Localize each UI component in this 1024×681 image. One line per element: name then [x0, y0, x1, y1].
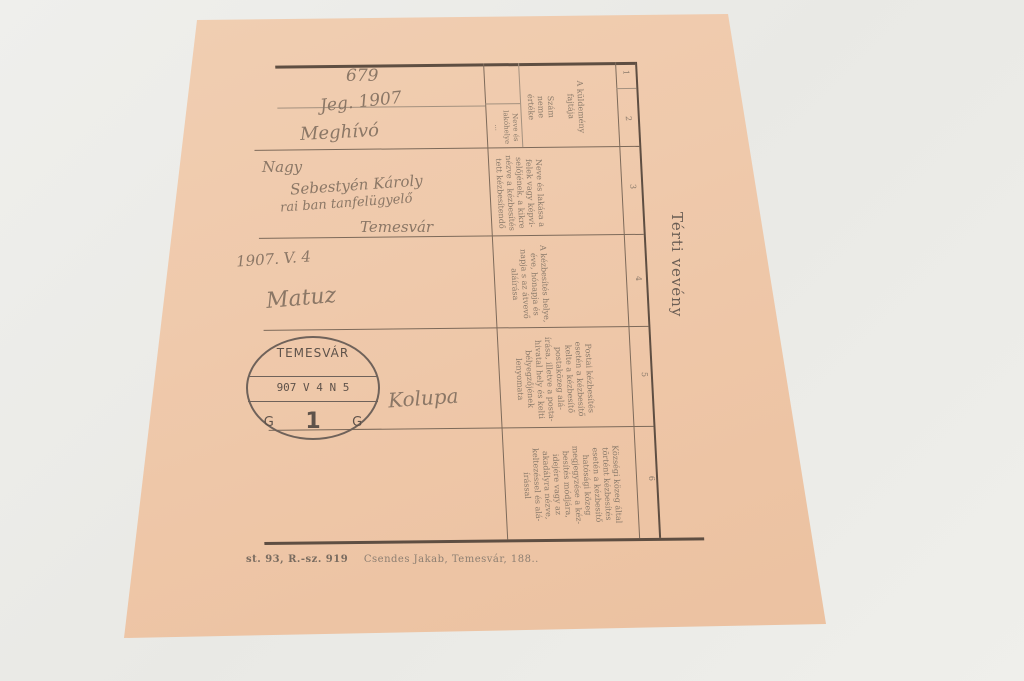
column-number-3: 3	[628, 184, 637, 189]
printer-name: Csendes Jakab, Temesvár, 188..	[364, 554, 539, 565]
handwritten-signature-postman: Kolupa	[387, 384, 459, 413]
form-code: st. 93, R.-sz. 919	[246, 554, 348, 565]
column-number-1: 1	[621, 70, 630, 75]
handwritten-addressee-4: Temesvár	[360, 218, 433, 236]
col1-sub-rule	[485, 103, 520, 104]
column-header-1: A küldemény fajtája Szám neme értéke	[523, 68, 587, 145]
handwritten-number: 679	[346, 66, 378, 86]
column-number-2: 2	[624, 116, 633, 121]
postmark-date-band: 907 V 4 N 5	[248, 376, 378, 402]
handwritten-addressee-1: Nagy	[262, 158, 302, 176]
postmark-bottom: G 1 G	[248, 415, 378, 434]
table-right-rule	[635, 62, 661, 538]
column-number-4: 4	[634, 276, 643, 281]
column-number-5: 5	[640, 372, 649, 377]
postmark-right-letter: G	[352, 415, 362, 434]
column-header-6: Községi közeg által történt kézbesítés e…	[519, 432, 624, 537]
photograph: 1 2 3 4 5 6 A küldemény fajtája Szám nem…	[0, 0, 1024, 681]
num-sub-rule	[616, 88, 636, 89]
column-header-3: Neve és lakása a felek vagy képvi- selőj…	[493, 153, 547, 234]
row-divider-3	[264, 326, 649, 331]
column-header-2: Neve és lakóhelye ...	[491, 109, 520, 145]
printer-footer: st. 93, R.-sz. 919 Csendes Jakab, Temesv…	[246, 554, 539, 565]
column-header-5: Postai kézbesítés esetén a kézbesítő kel…	[512, 332, 597, 425]
column-number-6: 6	[647, 476, 656, 481]
handwritten-type: Meghívó	[300, 120, 380, 145]
row-divider-2	[259, 234, 644, 239]
postmark-number: 1	[305, 409, 320, 434]
postmark-left-letter: G	[264, 415, 274, 434]
column-header-4: A kézbesítés helye, éve, hónapja és napj…	[507, 243, 551, 325]
postmark-city: TEMESVÁR	[248, 346, 378, 360]
form-title: Térti vevény	[668, 212, 686, 317]
row-divider-1	[254, 146, 639, 151]
postmark-stamp: TEMESVÁR 907 V 4 N 5 G 1 G	[246, 336, 380, 440]
postmark-date: 907 V 4 N 5	[248, 381, 378, 394]
